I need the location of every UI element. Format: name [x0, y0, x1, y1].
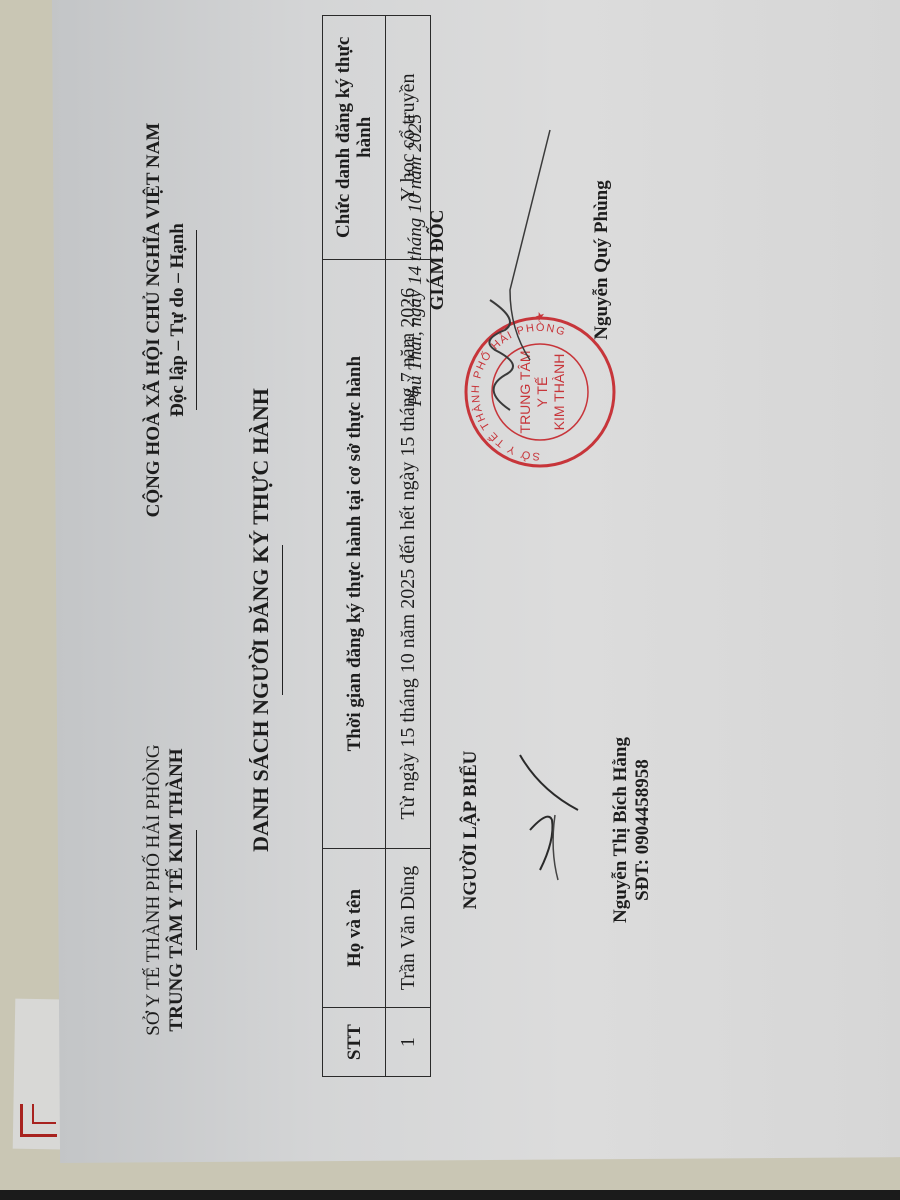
place-date: Phù Thái, ngày 14 tháng 10 năm 2025: [405, 40, 427, 480]
divider: [282, 545, 283, 695]
agency-parent: SỞ Y TẾ THÀNH PHỐ HẢI PHÒNG: [142, 680, 165, 1100]
bottom-edge: [0, 1190, 900, 1200]
preparer-phone: SĐT: 0904458958: [632, 660, 654, 1000]
preparer-signature-block: NGƯỜI LẬP BIỂU Nguyễn Thị Bích Hằng SĐT:…: [460, 660, 654, 1000]
document-title: DANH SÁCH NGƯỜI ĐĂNG KÝ THỰC HÀNH: [248, 120, 283, 1120]
cell-name: Trần Văn Dũng: [386, 848, 431, 1008]
document-page: SỞ Y TẾ THÀNH PHỐ HẢI PHÒNG TRUNG TÂM Y …: [100, 0, 880, 1120]
column-header-name: Họ và tên: [323, 848, 386, 1008]
preparer-name: Nguyễn Thị Bích Hằng: [610, 660, 632, 1000]
preparer-role: NGƯỜI LẬP BIỂU: [460, 660, 482, 1000]
document-title-text: DANH SÁCH NGƯỜI ĐĂNG KÝ THỰC HÀNH: [248, 120, 274, 1120]
cell-stt: 1: [386, 1008, 431, 1077]
director-signature-icon: [450, 120, 560, 420]
director-role: GIÁM ĐỐC: [427, 40, 449, 480]
divider: [196, 230, 197, 410]
preparer-signature-icon: [500, 750, 590, 890]
column-header-period: Thời gian đăng ký thực hành tại cơ sở th…: [323, 259, 386, 848]
table-header-row: STT Họ và tên Thời gian đăng ký thực hàn…: [323, 16, 386, 1077]
agency-name: TRUNG TÂM Y TẾ KIM THÀNH: [165, 680, 188, 1100]
national-motto: Độc lập – Tự do – Hạnh: [166, 60, 190, 580]
national-header: CỘNG HOÀ XÃ HỘI CHỦ NGHĨA VIỆT NAM Độc l…: [142, 60, 197, 580]
column-header-title: Chức danh đăng ký thực hành: [323, 16, 386, 260]
divider: [196, 830, 197, 950]
column-header-stt: STT: [323, 1008, 386, 1077]
red-corner-mark-inner: [32, 1104, 56, 1124]
issuing-agency-header: SỞ Y TẾ THÀNH PHỐ HẢI PHÒNG TRUNG TÂM Y …: [142, 680, 197, 1100]
national-title: CỘNG HOÀ XÃ HỘI CHỦ NGHĨA VIỆT NAM: [142, 60, 166, 580]
